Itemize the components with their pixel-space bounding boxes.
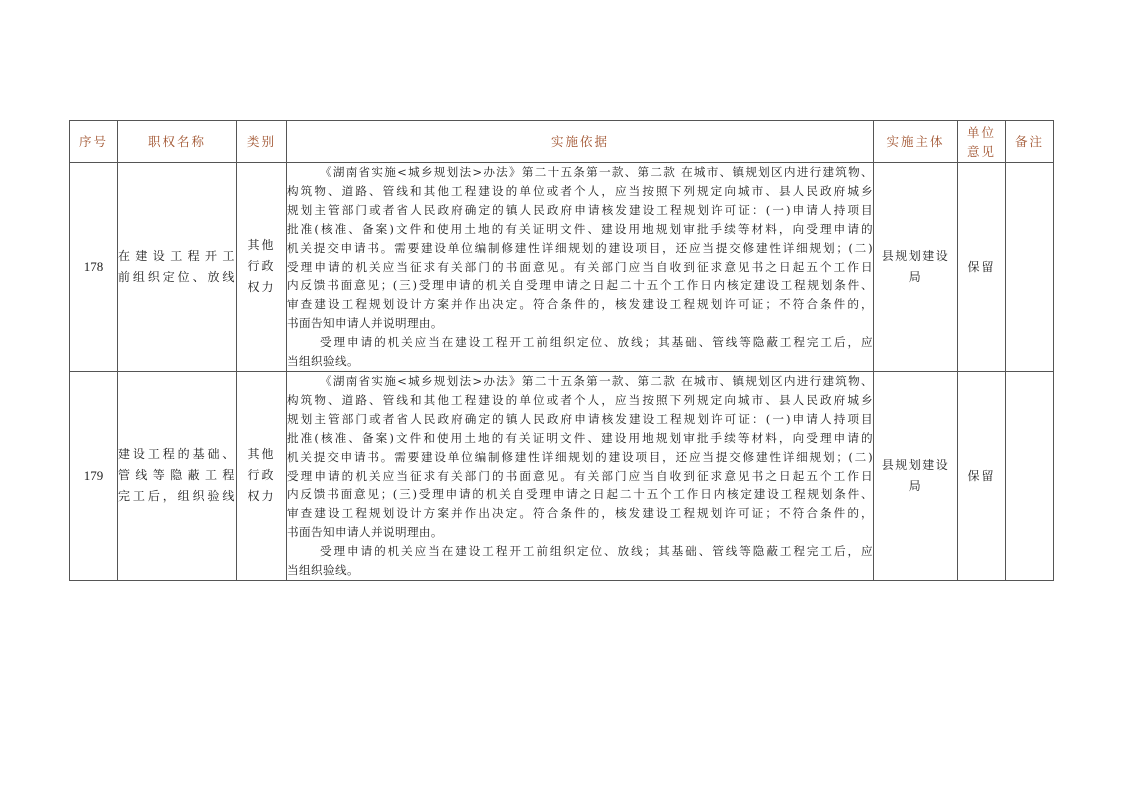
header-remark: 备注: [1006, 121, 1054, 163]
row-category: 其他 行政 权力: [237, 163, 287, 372]
basis-line: 构筑物、道路、管线和其他工程建设的单位或者个人，应当按照下列规定向城市、县人民政…: [287, 391, 873, 410]
basis-line: 受理申请的机关应当征求有关部门的书面意见。有关部门应当自收到征求意见书之日起五个…: [287, 467, 873, 486]
row-no: 178: [70, 163, 118, 372]
name-line: 在建设工程开工: [118, 246, 236, 267]
header-subject: 实施主体: [874, 121, 958, 163]
header-category: 类别: [237, 121, 287, 163]
basis-line: 当组织验线。: [287, 352, 873, 371]
header-basis: 实施依据: [287, 121, 874, 163]
subject-line: 局: [874, 267, 957, 288]
row-subject: 县规划建设 局: [874, 371, 958, 580]
category-line: 其他: [237, 235, 286, 256]
row-opinion: 保留: [958, 163, 1006, 372]
header-opinion: 单位 意见: [958, 121, 1006, 163]
basis-line: 书面告知申请人并说明理由。: [287, 314, 873, 333]
basis-line: 批准(核准、备案)文件和使用土地的有关证明文件、建设用地规划审批手续等材料，向受…: [287, 429, 873, 448]
row-remark: [1006, 163, 1054, 372]
row-power-name: 建设工程的基础、 管线等隐蔽工程 完工后，组织验线: [118, 371, 237, 580]
basis-line: 书面告知申请人并说明理由。: [287, 523, 873, 542]
header-no: 序号: [70, 121, 118, 163]
row-no: 179: [70, 371, 118, 580]
row-basis: 《湖南省实施<城乡规划法>办法》第二十五条第一款、第二款 在城市、镇规划区内进行…: [287, 163, 874, 372]
header-name: 职权名称: [118, 121, 237, 163]
name-line: 建设工程的基础、: [118, 444, 236, 465]
basis-line: 审查建设工程规划设计方案并作出决定。符合条件的，核发建设工程规划许可证；不符合条…: [287, 504, 873, 523]
category-line: 权力: [237, 486, 286, 507]
header-opinion-line1: 单位: [958, 123, 1005, 142]
basis-line: 规划主管部门或者省人民政府确定的镇人民政府申请核发建设工程规划许可证：(一)申请…: [287, 201, 873, 220]
basis-line: 规划主管部门或者省人民政府确定的镇人民政府申请核发建设工程规划许可证：(一)申请…: [287, 410, 873, 429]
category-line: 其他: [237, 444, 286, 465]
table-row: 179 建设工程的基础、 管线等隐蔽工程 完工后，组织验线 其他 行政 权力 《…: [70, 371, 1054, 580]
row-opinion: 保留: [958, 371, 1006, 580]
subject-line: 县规划建设: [874, 455, 957, 476]
basis-line: 审查建设工程规划设计方案并作出决定。符合条件的，核发建设工程规划许可证；不符合条…: [287, 295, 873, 314]
basis-line: 《湖南省实施<城乡规划法>办法》第二十五条第一款、第二款 在城市、镇规划区内进行…: [287, 372, 873, 391]
basis-line: 受理申请的机关应当在建设工程开工前组织定位、放线；其基础、管线等隐蔽工程完工后，…: [287, 333, 873, 352]
document-page: 序号 职权名称 类别 实施依据 实施主体 单位 意见 备注 178 在建设工程开…: [0, 0, 1122, 793]
category-line: 行政: [237, 465, 286, 486]
basis-line: 机关提交申请书。需要建设单位编制修建性详细规划的建设项目，还应当提交修建性详细规…: [287, 239, 873, 258]
category-line: 行政: [237, 256, 286, 277]
row-subject: 县规划建设 局: [874, 163, 958, 372]
row-remark: [1006, 371, 1054, 580]
row-basis: 《湖南省实施<城乡规划法>办法》第二十五条第一款、第二款 在城市、镇规划区内进行…: [287, 371, 874, 580]
basis-line: 内反馈书面意见；(三)受理申请的机关自受理申请之日起二十五个工作日内核定建设工程…: [287, 485, 873, 504]
name-line: 管线等隐蔽工程: [118, 465, 236, 486]
powers-table: 序号 职权名称 类别 实施依据 实施主体 单位 意见 备注 178 在建设工程开…: [69, 120, 1054, 581]
row-category: 其他 行政 权力: [237, 371, 287, 580]
table-row: 178 在建设工程开工 前组织定位、放线 其他 行政 权力 《湖南省实施<城乡规…: [70, 163, 1054, 372]
category-line: 权力: [237, 277, 286, 298]
basis-line: 内反馈书面意见；(三)受理申请的机关自受理申请之日起二十五个工作日内核定建设工程…: [287, 276, 873, 295]
basis-line: 《湖南省实施<城乡规划法>办法》第二十五条第一款、第二款 在城市、镇规划区内进行…: [287, 163, 873, 182]
subject-line: 县规划建设: [874, 246, 957, 267]
subject-line: 局: [874, 476, 957, 497]
table-header-row: 序号 职权名称 类别 实施依据 实施主体 单位 意见 备注: [70, 121, 1054, 163]
basis-line: 受理申请的机关应当征求有关部门的书面意见。有关部门应当自收到征求意见书之日起五个…: [287, 258, 873, 277]
basis-line: 当组织验线。: [287, 561, 873, 580]
name-line: 前组织定位、放线: [118, 267, 236, 288]
basis-line: 批准(核准、备案)文件和使用土地的有关证明文件、建设用地规划审批手续等材料，向受…: [287, 220, 873, 239]
basis-line: 构筑物、道路、管线和其他工程建设的单位或者个人，应当按照下列规定向城市、县人民政…: [287, 182, 873, 201]
basis-line: 受理申请的机关应当在建设工程开工前组织定位、放线；其基础、管线等隐蔽工程完工后，…: [287, 542, 873, 561]
name-line: 完工后，组织验线: [118, 486, 236, 507]
row-power-name: 在建设工程开工 前组织定位、放线: [118, 163, 237, 372]
header-opinion-line2: 意见: [958, 142, 1005, 161]
basis-line: 机关提交申请书。需要建设单位编制修建性详细规划的建设项目，还应当提交修建性详细规…: [287, 448, 873, 467]
